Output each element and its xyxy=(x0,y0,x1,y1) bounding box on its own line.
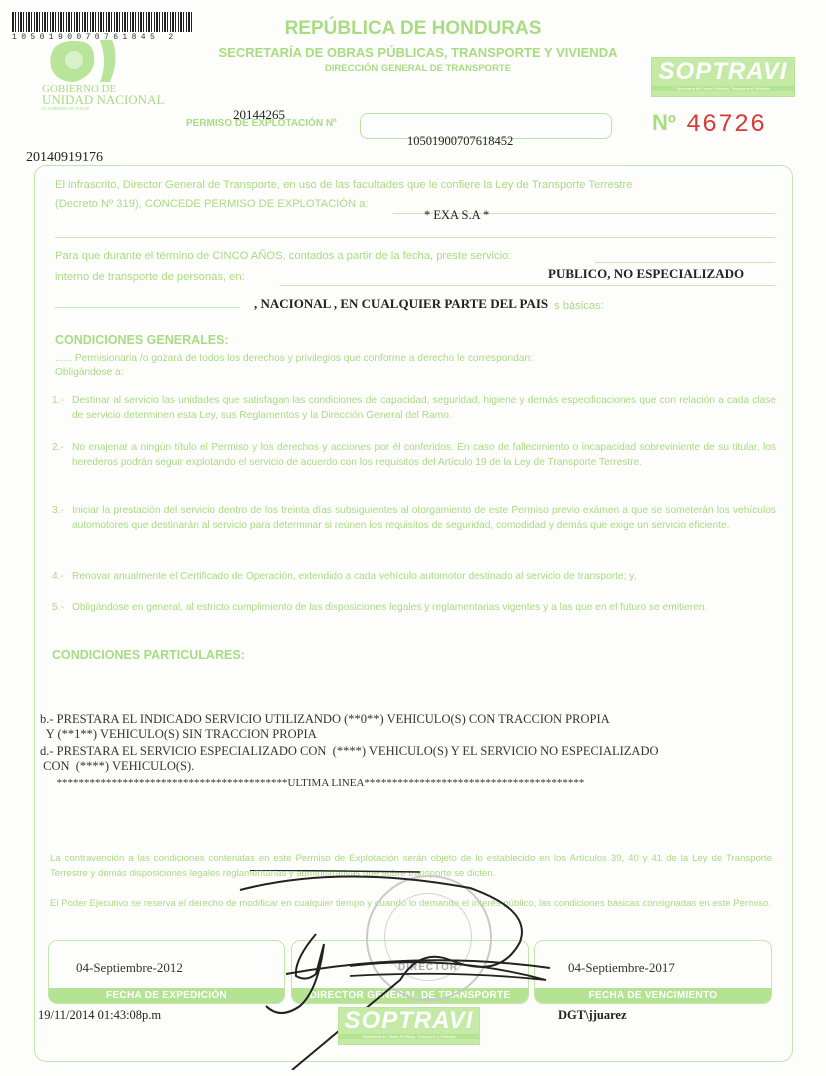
issuing-user: DGT\jjuarez xyxy=(558,1008,627,1023)
scope-suffix: s básicas: xyxy=(554,299,604,313)
condition-item: 4.- Renovar anualmente el Certificado de… xyxy=(52,569,776,584)
condition-item: 1.- Destinar al servicio las unidades qu… xyxy=(52,393,776,423)
gov-logo-line2: UNIDAD NACIONAL xyxy=(42,93,164,106)
intro-line1: El infrascrito, Director General de Tran… xyxy=(55,178,633,192)
particular-line: CON (****) VEHICULO(S). xyxy=(40,759,194,774)
print-timestamp: 19/11/2014 01:43:08p.m xyxy=(38,1008,161,1023)
condition-item: 5.- Obligándose en general, al estricto … xyxy=(52,600,776,615)
doc-number: 46726 xyxy=(686,110,766,139)
condition-item: 2.- No enajenar a ningún título el Permi… xyxy=(52,440,776,470)
service-type: PUBLICO, NO ESPECIALIZADO xyxy=(548,266,744,282)
left-code: 20140919176 xyxy=(26,150,103,166)
soptravi-logo-icon: SOPTRAVI Secretaría de Obras Públicas, T… xyxy=(651,57,795,97)
intro-line2: (Decreto Nº 319), CONCEDE PERMISO DE EXP… xyxy=(55,197,368,211)
term-line1: Para que durante el término de CINCO AÑO… xyxy=(55,249,511,263)
particular-conditions-heading: CONDICIONES PARTICULARES: xyxy=(52,648,245,662)
gov-logo-line3: EL GOBIERNO DE TODOS xyxy=(42,106,89,111)
service-scope: , NACIONAL , EN CUALQUIER PARTE DEL PAIS xyxy=(254,296,548,312)
condition-item: 3.- Iniciar la prestación del servicio d… xyxy=(52,503,776,533)
particular-last-line: ****************************************… xyxy=(40,776,584,791)
particular-line: b.- PRESTARA EL INDICADO SERVICIO UTILIZ… xyxy=(40,712,610,727)
particular-line: d.- PRESTARA EL SERVICIO ESPECIALIZADO C… xyxy=(40,744,659,759)
issue-date: 04-Septiembre-2012 xyxy=(76,960,183,976)
particular-line: Y (**1**) VEHICULO(S) SIN TRACCION PROPI… xyxy=(40,727,317,742)
soptravi-name: SOPTRAVI xyxy=(652,58,794,86)
header-title: REPÚBLICA DE HONDURAS xyxy=(0,18,826,40)
soptravi-logo-bottom-icon: SOPTRAVI Secretaría de Obras Públicas, T… xyxy=(338,1007,480,1045)
doc-number-label: Nº xyxy=(652,110,676,136)
grantee-name: * EXA S.A * xyxy=(424,208,489,223)
soptravi-subtitle: Secretaría de Obras Públicas, Transporte… xyxy=(652,86,794,91)
permit-box-number: 10501900707618452 xyxy=(407,134,513,149)
permit-label: PERMISO DE EXPLOTACIÓN Nº xyxy=(186,118,337,129)
general-intro1: ...... Permisionaria /o gozará de todos … xyxy=(55,352,533,366)
general-conditions-heading: CONDICIONES GENERALES: xyxy=(55,333,229,347)
general-intro2: Obligándose a: xyxy=(55,366,124,380)
term-line2: interno de transporte de personas, en: xyxy=(55,270,245,284)
